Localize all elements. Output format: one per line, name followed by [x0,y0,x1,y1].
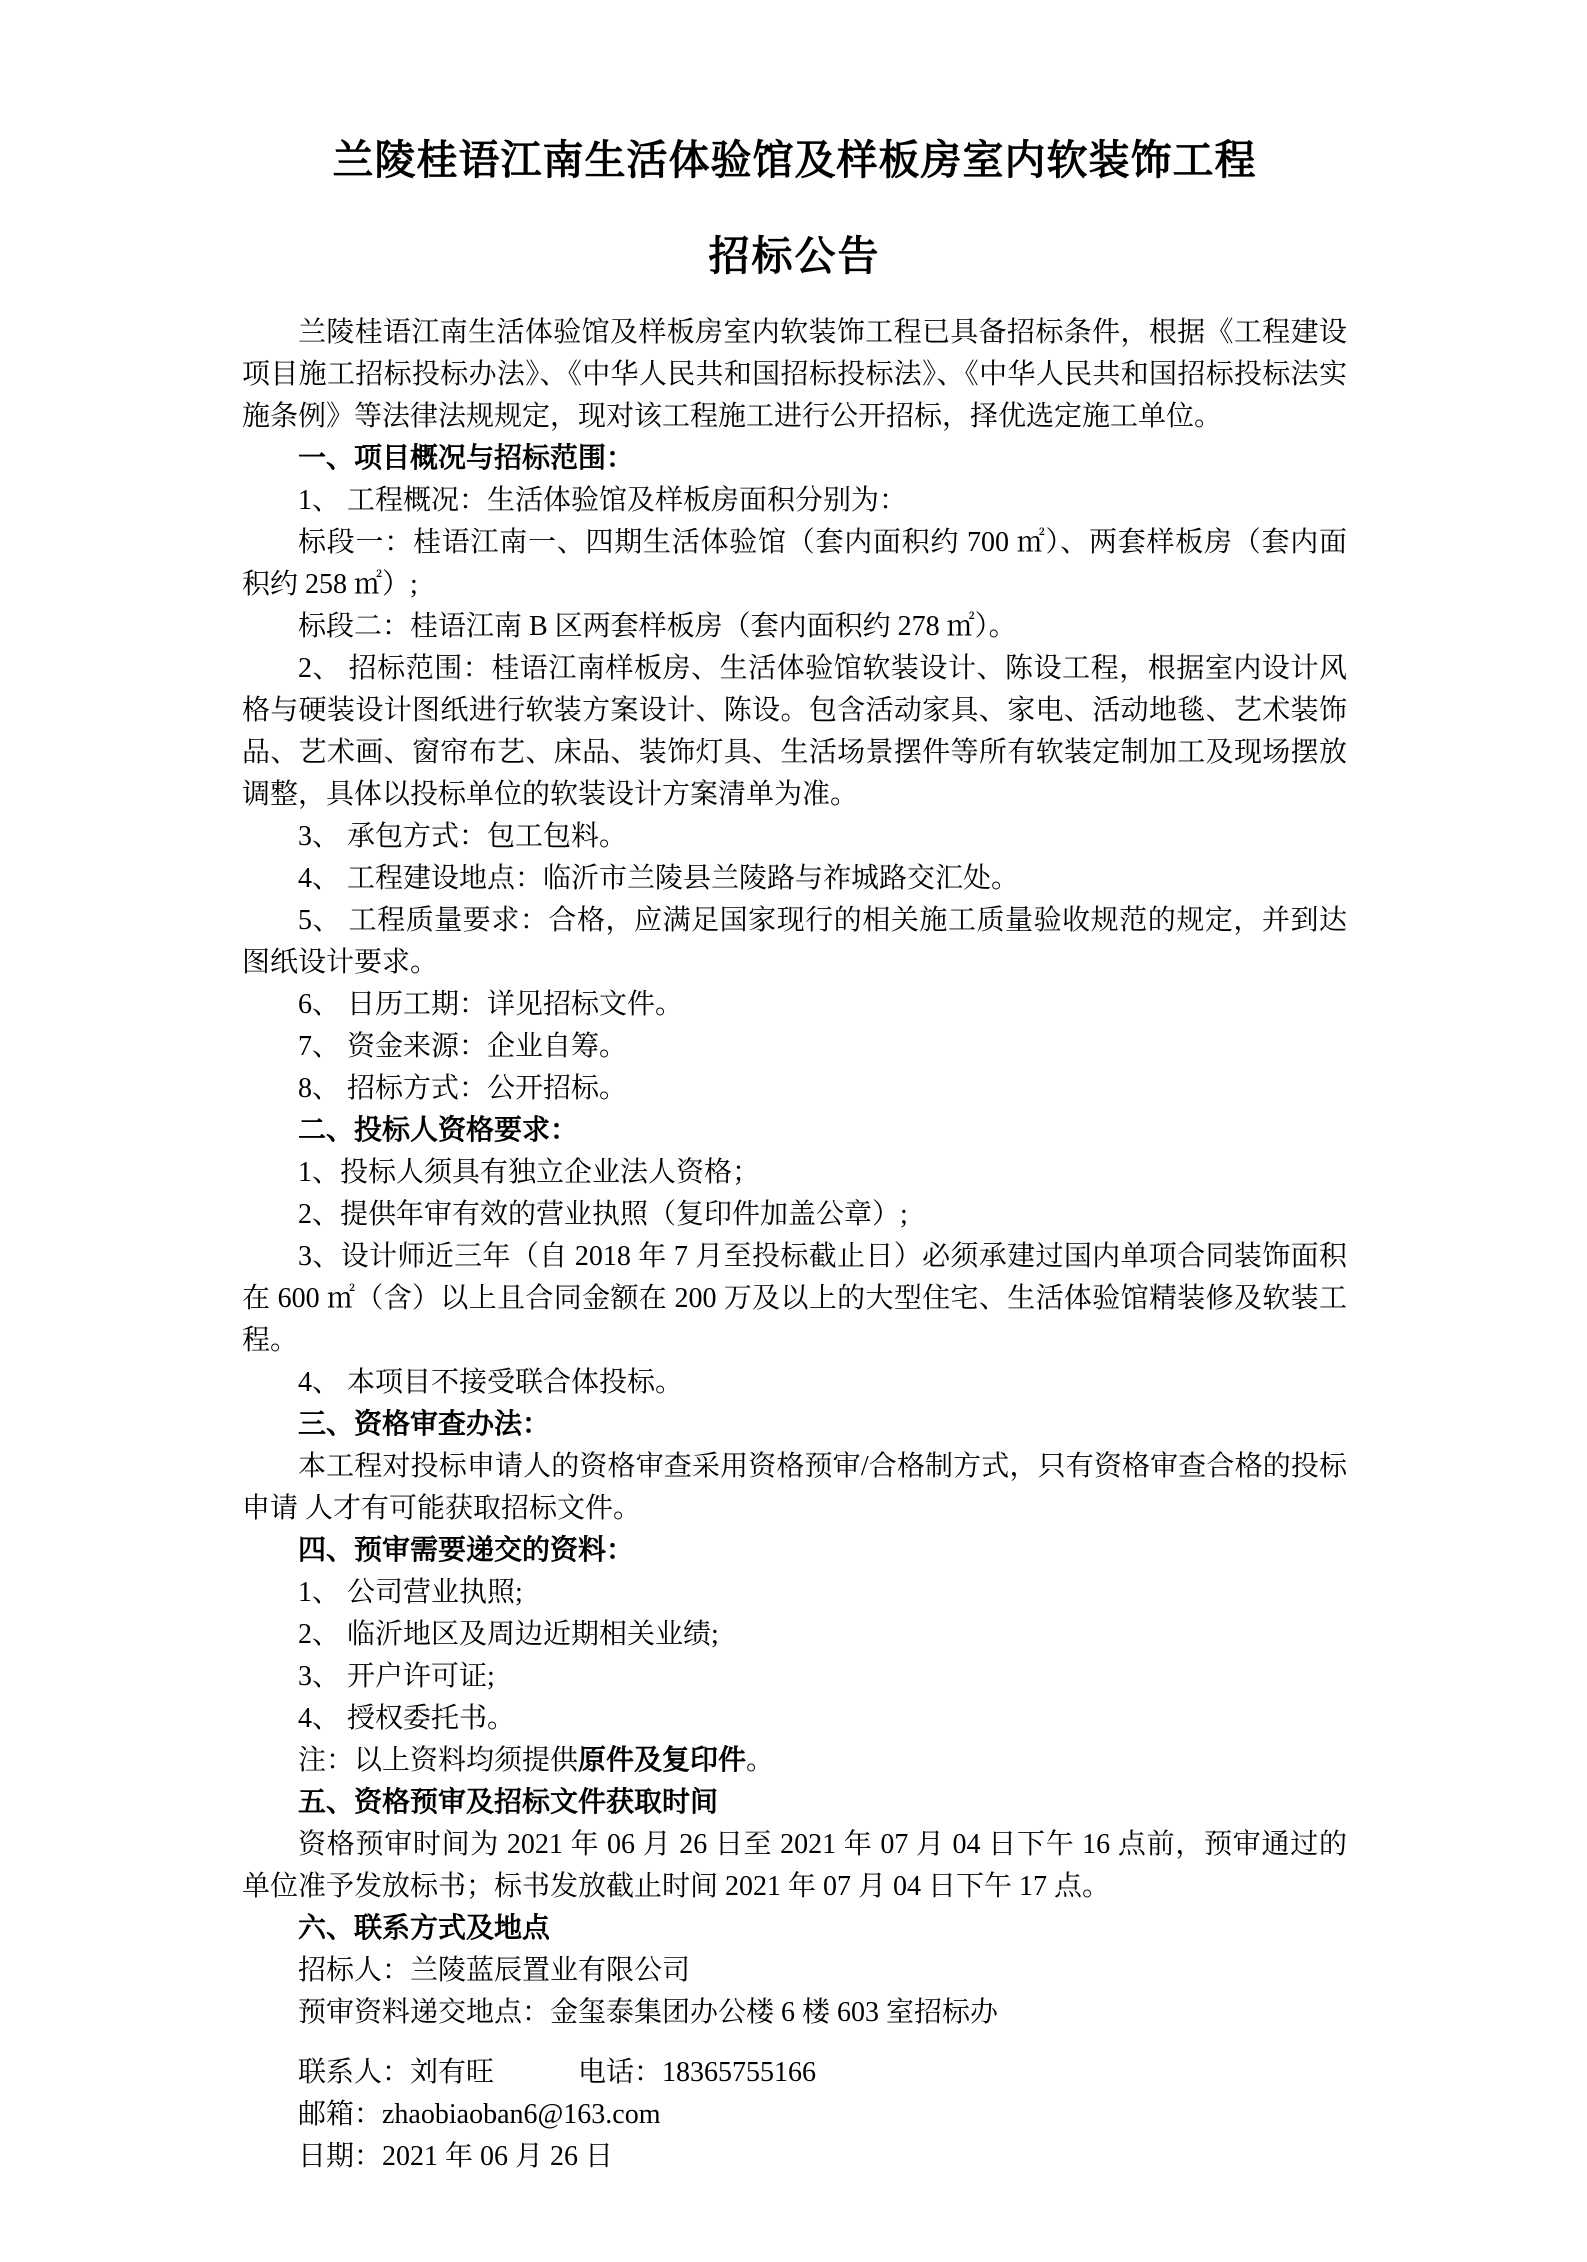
note-line: 注：以上资料均须提供原件及复印件。 [242,1740,1347,1782]
paragraph: 3、设计师近三年（自 2018 年 7 月至投标截止日）必须承建过国内单项合同装… [242,1236,1347,1362]
document-page: 兰陵桂语江南生活体验馆及样板房室内软装饰工程 招标公告 兰陵桂语江南生活体验馆及… [0,0,1587,2262]
paragraph: 2、 招标范围：桂语江南样板房、生活体验馆软装设计、陈设工程，根据室内设计风格与… [242,648,1347,816]
note-prefix: 注：以上资料均须提供 [298,1745,578,1776]
note-emphasis: 原件及复印件 [578,1745,746,1776]
paragraph: 3、 开户许可证; [242,1656,1347,1698]
section-6-heading: 六、联系方式及地点 [242,1908,1347,1950]
section-3-heading: 三、资格审查办法： [242,1404,1347,1446]
section-2-heading: 二、投标人资格要求： [242,1110,1347,1152]
document-title: 兰陵桂语江南生活体验馆及样板房室内软装饰工程 [242,130,1347,190]
paragraph: 5、 工程质量要求：合格，应满足国家现行的相关施工质量验收规范的规定，并到达图纸… [242,900,1347,984]
note-suffix: 。 [746,1745,774,1776]
paragraph: 1、 公司营业执照; [242,1572,1347,1614]
paragraph: 1、投标人须具有独立企业法人资格； [242,1152,1347,1194]
paragraph: 1、 工程概况：生活体验馆及样板房面积分别为： [242,480,1347,522]
paragraph: 4、 本项目不接受联合体投标。 [242,1362,1347,1404]
paragraph: 资格预审时间为 2021 年 06 月 26 日至 2021 年 07 月 04… [242,1824,1347,1908]
paragraph: 2、 临沂地区及周边近期相关业绩; [242,1614,1347,1656]
paragraph: 4、 工程建设地点：临沂市兰陵县兰陵路与祚城路交汇处。 [242,858,1347,900]
paragraph: 4、 授权委托书。 [242,1698,1347,1740]
intro-paragraph: 兰陵桂语江南生活体验馆及样板房室内软装饰工程已具备招标条件，根据《工程建设项目施… [242,312,1347,438]
section-5-heading: 五、资格预审及招标文件获取时间 [242,1782,1347,1824]
paragraph: 标段二：桂语江南 B 区两套样板房（套内面积约 278 ㎡）。 [242,606,1347,648]
paragraph: 7、 资金来源：企业自筹。 [242,1026,1347,1068]
submission-address-line: 预审资料递交地点：金玺泰集团办公楼 6 楼 603 室招标办 [242,1992,1347,2034]
email-line: 邮箱：zhaobiaoban6@163.com [242,2094,1347,2136]
document-subtitle: 招标公告 [242,226,1347,286]
contact-phone-line: 联系人：刘有旺 电话：18365755166 [242,2052,1347,2094]
paragraph: 8、 招标方式：公开招标。 [242,1068,1347,1110]
paragraph: 2、提供年审有效的营业执照（复印件加盖公章）; [242,1194,1347,1236]
paragraph: 3、 承包方式：包工包料。 [242,816,1347,858]
date-line: 日期：2021 年 06 月 26 日 [242,2136,1347,2178]
tenderee-line: 招标人：兰陵蓝辰置业有限公司 [242,1950,1347,1992]
paragraph: 标段一：桂语江南一、四期生活体验馆（套内面积约 700 ㎡）、两套样板房（套内面… [242,522,1347,606]
paragraph: 6、 日历工期：详见招标文件。 [242,984,1347,1026]
paragraph: 本工程对投标申请人的资格审查采用资格预审/合格制方式，只有资格审查合格的投标申请… [242,1446,1347,1530]
section-4-heading: 四、预审需要递交的资料： [242,1530,1347,1572]
document-body: 兰陵桂语江南生活体验馆及样板房室内软装饰工程已具备招标条件，根据《工程建设项目施… [242,312,1347,2178]
section-1-heading: 一、项目概况与招标范围： [242,438,1347,480]
